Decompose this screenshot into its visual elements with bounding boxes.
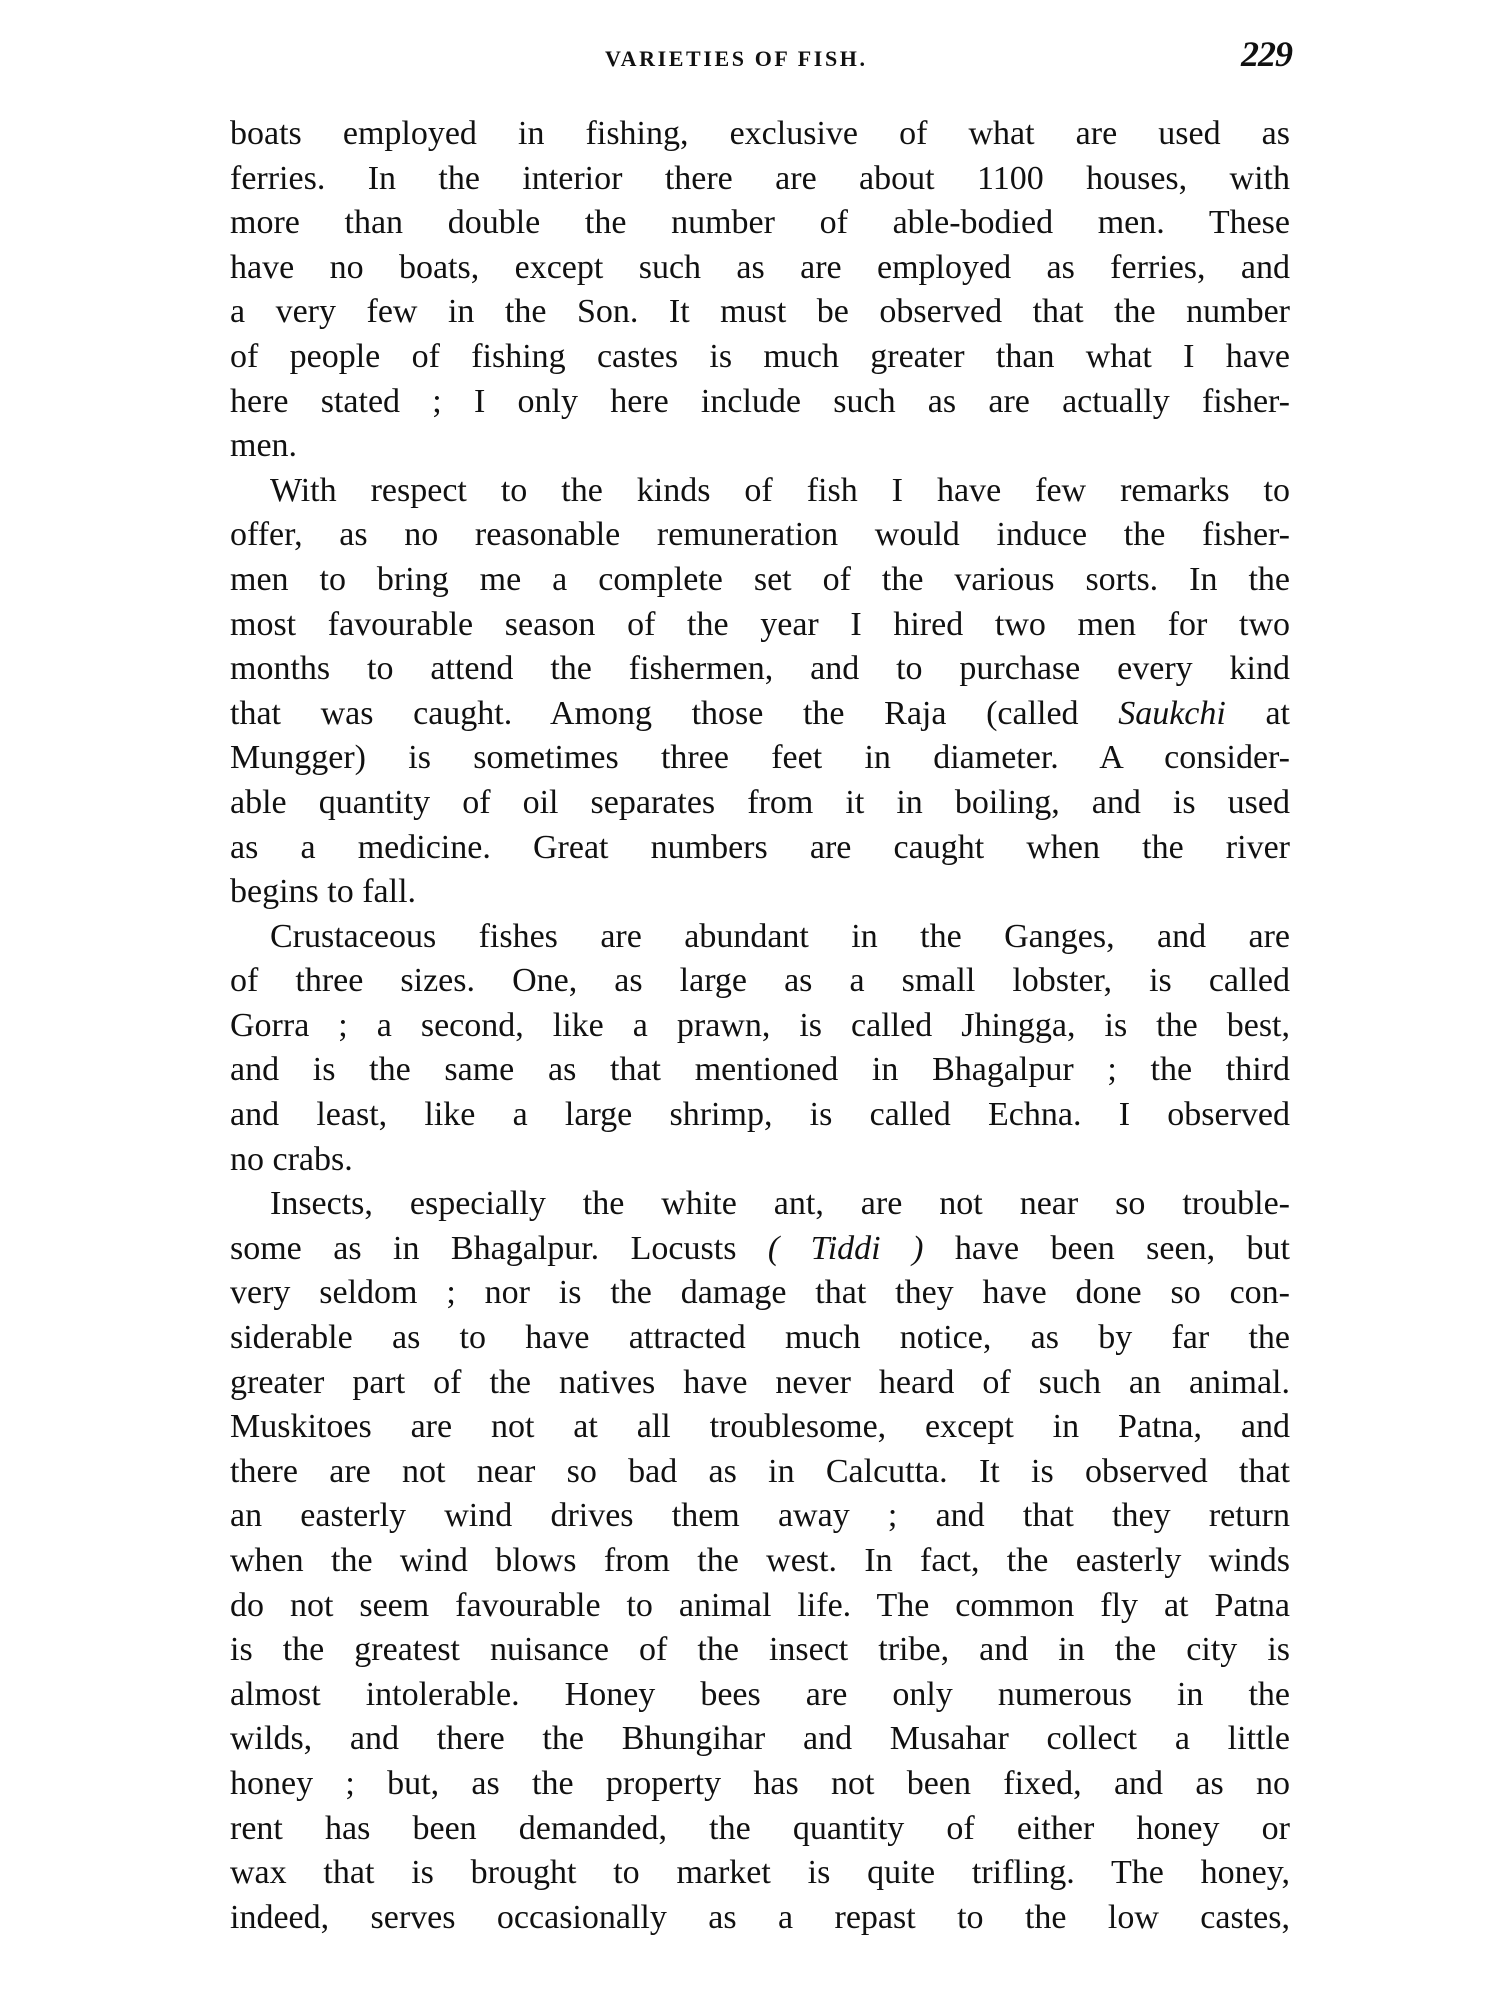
text-line: greater part of the natives have never h… <box>230 1361 1290 1406</box>
text-segment: most favourable season of the year I hir… <box>230 606 1290 643</box>
text-line: almost intolerable. Honey bees are only … <box>230 1673 1290 1718</box>
text-line: of people of fishing castes is much grea… <box>230 335 1290 380</box>
text-line: very seldom ; nor is the damage that the… <box>230 1271 1290 1316</box>
text-segment: boats employed in fishing, exclusive of … <box>230 115 1290 152</box>
paragraph: With respect to the kinds of fish I have… <box>230 469 1290 915</box>
text-line: honey ; but, as the property has not bee… <box>230 1762 1290 1807</box>
text-line: wilds, and there the Bhungihar and Musah… <box>230 1717 1290 1762</box>
text-line: some as in Bhagalpur. Locusts ( Tiddi ) … <box>230 1227 1290 1272</box>
text-segment: some as in Bhagalpur. Locusts <box>230 1230 768 1267</box>
book-page: VARIETIES OF FISH. 229 boats employed in… <box>0 0 1500 2000</box>
text-line: and is the same as that mentioned in Bha… <box>230 1048 1290 1093</box>
text-segment: an easterly wind drives them away ; and … <box>230 1497 1290 1534</box>
text-segment: Crustaceous fishes are abundant in the G… <box>270 918 1290 955</box>
text-segment: a very few in the Son. It must be observ… <box>230 293 1290 330</box>
text-line: months to attend the fishermen, and to p… <box>230 647 1290 692</box>
text-segment: here stated ; I only here include such a… <box>230 383 1290 420</box>
text-segment: and least, like a large shrimp, is calle… <box>230 1096 1290 1133</box>
text-line: ferries. In the interior there are about… <box>230 157 1290 202</box>
text-segment: that was caught. Among those the Raja (c… <box>230 695 1118 732</box>
italic-term: ( Tiddi ) <box>768 1230 924 1267</box>
text-segment: months to attend the fishermen, and to p… <box>230 650 1290 687</box>
text-line: Insects, especially the white ant, are n… <box>230 1182 1290 1227</box>
text-line: rent has been demanded, the quantity of … <box>230 1807 1290 1852</box>
page-number: 229 <box>1226 34 1292 74</box>
text-segment: men. <box>230 427 297 464</box>
text-segment: at <box>1226 695 1290 732</box>
paragraph: Crustaceous fishes are abundant in the G… <box>230 915 1290 1183</box>
text-line: boats employed in fishing, exclusive of … <box>230 112 1290 157</box>
text-segment: Muskitoes are not at all troublesome, ex… <box>230 1408 1290 1445</box>
text-segment: very seldom ; nor is the damage that the… <box>230 1274 1290 1311</box>
text-segment: Insects, especially the white ant, are n… <box>270 1185 1290 1222</box>
text-segment: there are not near so bad as in Calcutta… <box>230 1453 1290 1490</box>
text-segment: wilds, and there the Bhungihar and Musah… <box>230 1720 1290 1757</box>
text-line: that was caught. Among those the Raja (c… <box>230 692 1290 737</box>
text-line: as a medicine. Great numbers are caught … <box>230 826 1290 871</box>
text-segment: With respect to the kinds of fish I have… <box>270 472 1290 509</box>
text-line: able quantity of oil separates from it i… <box>230 781 1290 826</box>
text-line: have no boats, except such as are employ… <box>230 246 1290 291</box>
text-line: is the greatest nuisance of the insect t… <box>230 1628 1290 1673</box>
text-segment: of people of fishing castes is much grea… <box>230 338 1290 375</box>
text-segment: more than double the number of able-bodi… <box>230 204 1290 241</box>
text-segment: no crabs. <box>230 1141 353 1178</box>
text-line: no crabs. <box>230 1138 1290 1183</box>
italic-term: Saukchi <box>1118 695 1226 732</box>
text-line: most favourable season of the year I hir… <box>230 603 1290 648</box>
text-line: indeed, serves occasionally as a repast … <box>230 1896 1290 1941</box>
text-line: of three sizes. One, as large as a small… <box>230 959 1290 1004</box>
text-segment: and is the same as that mentioned in Bha… <box>230 1051 1290 1088</box>
text-line: Crustaceous fishes are abundant in the G… <box>230 915 1290 960</box>
paragraph: boats employed in fishing, exclusive of … <box>230 112 1290 469</box>
text-line: an easterly wind drives them away ; and … <box>230 1494 1290 1539</box>
text-segment: ferries. In the interior there are about… <box>230 160 1290 197</box>
text-segment: men to bring me a complete set of the va… <box>230 561 1290 598</box>
text-segment: of three sizes. One, as large as a small… <box>230 962 1290 999</box>
text-segment: begins to fall. <box>230 873 416 910</box>
text-segment: able quantity of oil separates from it i… <box>230 784 1290 821</box>
body-text: boats employed in fishing, exclusive of … <box>230 112 1290 1940</box>
text-segment: siderable as to have attracted much noti… <box>230 1319 1290 1356</box>
text-line: With respect to the kinds of fish I have… <box>230 469 1290 514</box>
text-line: begins to fall. <box>230 870 1290 915</box>
text-segment: Gorra ; a second, like a prawn, is calle… <box>230 1007 1290 1044</box>
text-line: siderable as to have attracted much noti… <box>230 1316 1290 1361</box>
text-segment: almost intolerable. Honey bees are only … <box>230 1676 1290 1713</box>
paragraph: Insects, especially the white ant, are n… <box>230 1182 1290 1940</box>
text-line: there are not near so bad as in Calcutta… <box>230 1450 1290 1495</box>
text-segment: have no boats, except such as are employ… <box>230 249 1290 286</box>
text-segment: Mungger) is sometimes three feet in diam… <box>230 739 1290 776</box>
text-segment: indeed, serves occasionally as a repast … <box>230 1899 1290 1936</box>
text-line: wax that is brought to market is quite t… <box>230 1851 1290 1896</box>
text-segment: rent has been demanded, the quantity of … <box>230 1810 1290 1847</box>
text-line: here stated ; I only here include such a… <box>230 380 1290 425</box>
text-line: offer, as no reasonable remuneration wou… <box>230 513 1290 558</box>
running-head-title: VARIETIES OF FISH. <box>605 46 915 72</box>
text-line: a very few in the Son. It must be observ… <box>230 290 1290 335</box>
text-line: men to bring me a complete set of the va… <box>230 558 1290 603</box>
text-segment: offer, as no reasonable remuneration wou… <box>230 516 1290 553</box>
text-segment: honey ; but, as the property has not bee… <box>230 1765 1290 1802</box>
text-segment: do not seem favourable to animal life. T… <box>230 1587 1290 1624</box>
text-line: more than double the number of able-bodi… <box>230 201 1290 246</box>
text-line: Muskitoes are not at all troublesome, ex… <box>230 1405 1290 1450</box>
text-segment: wax that is brought to market is quite t… <box>230 1854 1290 1891</box>
text-line: and least, like a large shrimp, is calle… <box>230 1093 1290 1138</box>
text-segment: is the greatest nuisance of the insect t… <box>230 1631 1290 1668</box>
text-segment: greater part of the natives have never h… <box>230 1364 1290 1401</box>
text-segment: as a medicine. Great numbers are caught … <box>230 829 1290 866</box>
text-segment: when the wind blows from the west. In fa… <box>230 1542 1290 1579</box>
text-line: Mungger) is sometimes three feet in diam… <box>230 736 1290 781</box>
text-line: do not seem favourable to animal life. T… <box>230 1584 1290 1629</box>
text-line: Gorra ; a second, like a prawn, is calle… <box>230 1004 1290 1049</box>
text-segment: have been seen, but <box>923 1230 1290 1267</box>
text-line: men. <box>230 424 1290 469</box>
text-line: when the wind blows from the west. In fa… <box>230 1539 1290 1584</box>
